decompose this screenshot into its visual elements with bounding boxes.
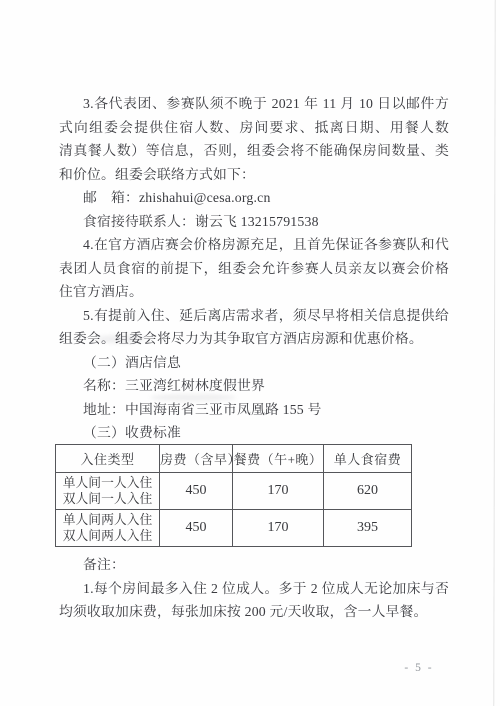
occupancy-line: 双人间两人入住	[56, 528, 159, 544]
fee-table-header-row: 入住类型房费（含早）餐费（午+晚）单人食宿费	[56, 445, 412, 473]
occupancy-line: 单人间一人入住	[56, 475, 159, 491]
fee-table-row: 单人间两人入住双人间两人入住450170395	[56, 510, 412, 547]
fee-table-header-cell: 房费（含早）	[160, 445, 233, 473]
para5-line1: 5.有提前入住、延后离店需求者，须尽早将相关信息提供给	[59, 304, 449, 328]
fee-table-header-cell: 单人食宿费	[324, 445, 412, 473]
fee-table: 入住类型房费（含早）餐费（午+晚）单人食宿费 单人间一人入住双人间一人入住450…	[55, 444, 412, 547]
note1-line1: 1.每个房间最多入住 2 位成人。多于 2 位成人无论加床与否	[59, 577, 449, 601]
note1-line2: 均须收取加床费，每张加床按 200 元/天收取，含一人早餐。	[59, 600, 449, 624]
occupancy-line: 单人间两人入住	[56, 512, 159, 528]
scan-edge-line	[493, 0, 495, 706]
fee-table-header-cell: 餐费（午+晚）	[233, 445, 324, 473]
occupancy-cell: 单人间两人入住双人间两人入住	[56, 510, 160, 547]
para3-line4: 和价位。组委会联络方式如下：	[59, 163, 449, 187]
fee-table-header-cell: 入住类型	[56, 445, 160, 473]
single-board-cell: 395	[324, 510, 412, 547]
hotel-name-line: 名称：三亚湾红树林度假世界	[59, 374, 449, 398]
notes-text: 备注：1.每个房间最多入住 2 位成人。多于 2 位成人无论加床与否均须收取加床…	[59, 553, 449, 624]
single-board-cell: 620	[324, 473, 412, 510]
occupancy-line: 双人间一人入住	[56, 491, 159, 507]
para3-line2: 式向组委会提供住宿人数、房间要求、抵离日期、用餐人数（含	[59, 116, 449, 140]
section-3-heading: （三）收费标准	[59, 421, 449, 445]
meal-fee-cell: 170	[233, 510, 324, 547]
notes-heading: 备注：	[59, 553, 449, 577]
para4-line2: 表团人员食宿的前提下，组委会允许参赛人员亲友以赛会价格入	[59, 257, 449, 281]
page-number: - 5 -	[394, 662, 444, 674]
fee-table-row: 单人间一人入住双人间一人入住450170620	[56, 473, 412, 510]
section-2-heading: （二）酒店信息	[59, 351, 449, 375]
para3-line3: 清真餐人数）等信息，否则，组委会将不能确保房间数量、类型	[59, 139, 449, 163]
para3-line1: 3.各代表团、参赛队须不晚于 2021 年 11 月 10 日以邮件方	[59, 92, 449, 116]
scan-smudge	[150, 394, 236, 401]
document-page: 3.各代表团、参赛队须不晚于 2021 年 11 月 10 日以邮件方式向组委会…	[0, 0, 500, 706]
scan-smudge	[96, 335, 146, 343]
occupancy-cell: 单人间一人入住双人间一人入住	[56, 473, 160, 510]
para4-line3: 住官方酒店。	[59, 280, 449, 304]
para4-line1: 4.在官方酒店赛会价格房源充足，且首先保证各参赛队和代	[59, 233, 449, 257]
contact-line: 食宿接待联系人：谢云飞 13215791538	[59, 210, 449, 234]
body-text: 3.各代表团、参赛队须不晚于 2021 年 11 月 10 日以邮件方式向组委会…	[59, 92, 449, 445]
room-fee-cell: 450	[160, 473, 233, 510]
meal-fee-cell: 170	[233, 473, 324, 510]
room-fee-cell: 450	[160, 510, 233, 547]
hotel-address-line: 地址：中国海南省三亚市凤凰路 155 号	[59, 398, 449, 422]
email-line: 邮 箱：zhishahui@cesa.org.cn	[59, 186, 449, 210]
